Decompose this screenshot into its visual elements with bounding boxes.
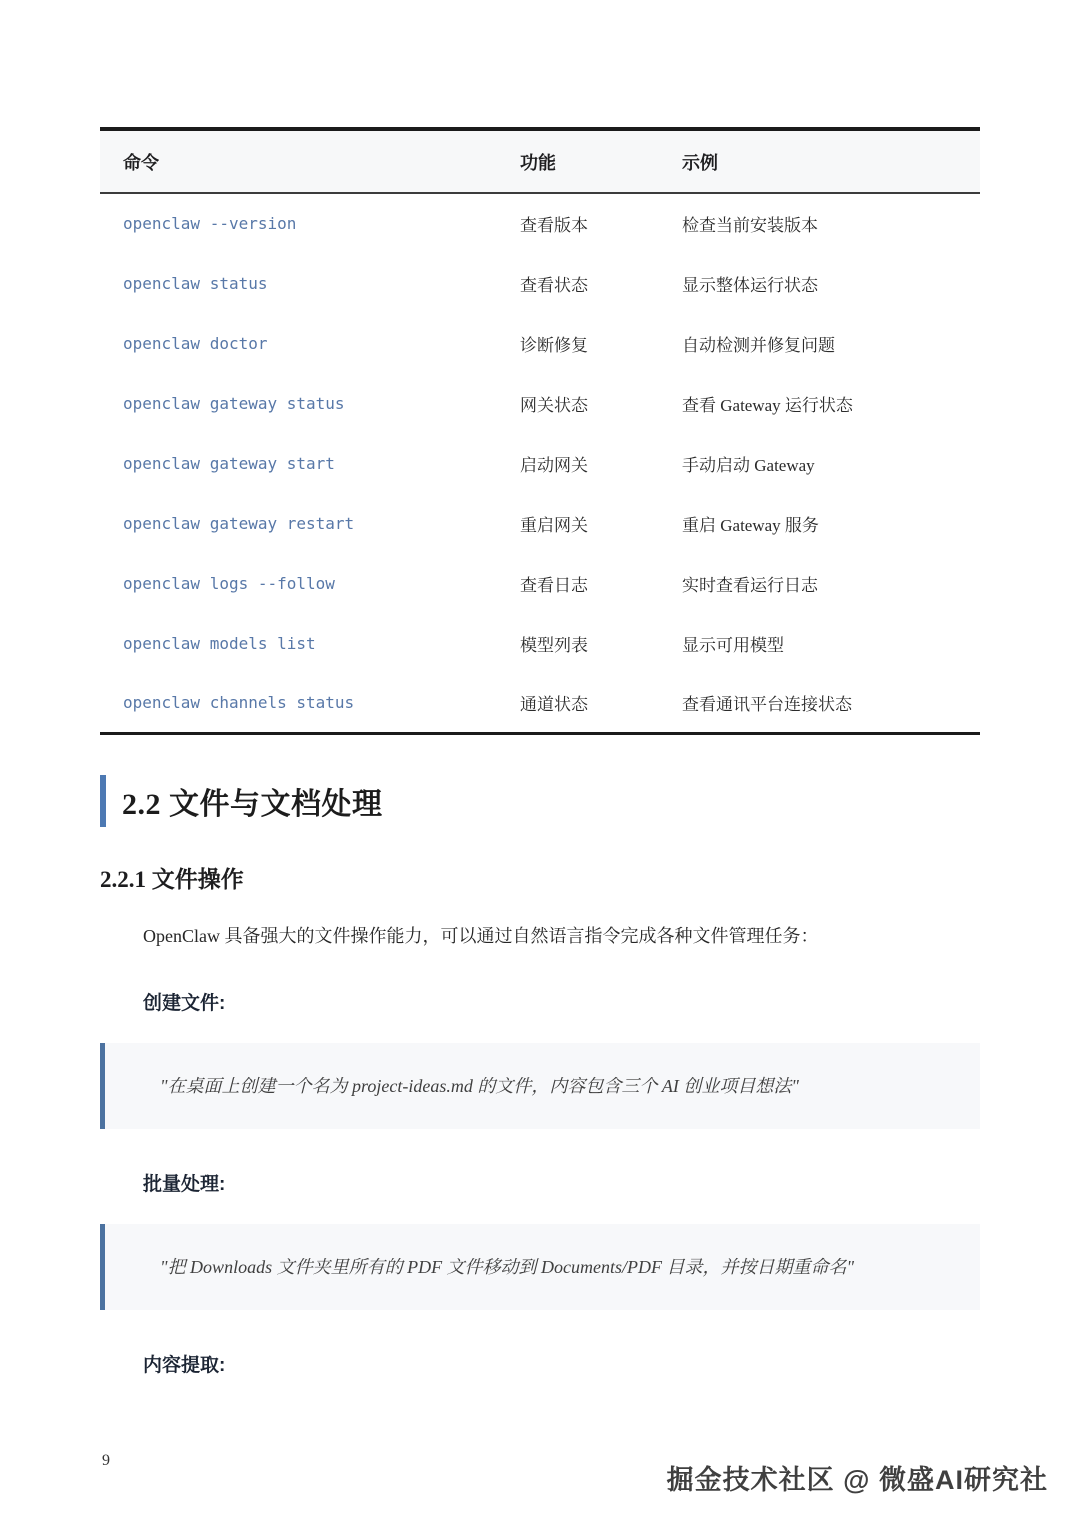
command-cell: openclaw gateway start bbox=[100, 433, 520, 493]
table-row: openclaw gateway status网关状态查看 Gateway 运行… bbox=[100, 373, 980, 433]
section-title: 2.2 文件与文档处理 bbox=[122, 779, 383, 823]
table-row: openclaw --version查看版本检查当前安装版本 bbox=[100, 193, 980, 253]
table-row: openclaw channels status通道状态查看通讯平台连接状态 bbox=[100, 673, 980, 733]
example-cell: 重启 Gateway 服务 bbox=[682, 493, 980, 553]
header-row: 命令 功能 示例 bbox=[100, 129, 980, 193]
document-page: 命令 功能 示例 openclaw --version查看版本检查当前安装版本o… bbox=[0, 0, 1080, 1528]
example-cell: 显示可用模型 bbox=[682, 613, 980, 673]
function-cell: 启动网关 bbox=[520, 433, 682, 493]
command-cell: openclaw gateway status bbox=[100, 373, 520, 433]
subsection-title: 2.2.1 文件操作 bbox=[100, 861, 980, 894]
table-row: openclaw models list模型列表显示可用模型 bbox=[100, 613, 980, 673]
heading-accent-bar bbox=[100, 775, 106, 827]
page-content: 命令 功能 示例 openclaw --version查看版本检查当前安装版本o… bbox=[100, 127, 980, 1377]
content-blocks: 创建文件:"在桌面上创建一个名为 project-ideas.md 的文件，内容… bbox=[100, 988, 980, 1377]
example-cell: 查看通讯平台连接状态 bbox=[682, 673, 980, 733]
column-header-function: 功能 bbox=[520, 129, 682, 193]
example-cell: 自动检测并修复问题 bbox=[682, 313, 980, 373]
section-heading: 2.2 文件与文档处理 bbox=[100, 775, 980, 827]
function-cell: 重启网关 bbox=[520, 493, 682, 553]
column-header-example: 示例 bbox=[682, 129, 980, 193]
function-cell: 诊断修复 bbox=[520, 313, 682, 373]
command-table-header: 命令 功能 示例 bbox=[100, 129, 980, 193]
table-row: openclaw doctor诊断修复自动检测并修复问题 bbox=[100, 313, 980, 373]
quote-block: "把 Downloads 文件夹里所有的 PDF 文件移动到 Documents… bbox=[100, 1224, 980, 1310]
function-cell: 查看日志 bbox=[520, 553, 682, 613]
quote-text: "在桌面上创建一个名为 project-ideas.md 的文件，内容包含三个 … bbox=[160, 1076, 799, 1096]
command-cell: openclaw logs --follow bbox=[100, 553, 520, 613]
command-cell: openclaw doctor bbox=[100, 313, 520, 373]
block-label: 内容提取: bbox=[143, 1350, 980, 1377]
function-cell: 模型列表 bbox=[520, 613, 682, 673]
command-cell: openclaw gateway restart bbox=[100, 493, 520, 553]
function-cell: 通道状态 bbox=[520, 673, 682, 733]
block-label: 批量处理: bbox=[143, 1169, 980, 1196]
page-number: 9 bbox=[102, 1452, 110, 1470]
command-cell: openclaw --version bbox=[100, 193, 520, 253]
intro-paragraph: OpenClaw 具备强大的文件操作能力，可以通过自然语言指令完成各种文件管理任… bbox=[143, 922, 980, 948]
table-row: openclaw gateway restart重启网关重启 Gateway 服… bbox=[100, 493, 980, 553]
command-table: 命令 功能 示例 openclaw --version查看版本检查当前安装版本o… bbox=[100, 127, 980, 735]
table-row: openclaw gateway start启动网关手动启动 Gateway bbox=[100, 433, 980, 493]
quote-block: "在桌面上创建一个名为 project-ideas.md 的文件，内容包含三个 … bbox=[100, 1043, 980, 1129]
table-row: openclaw logs --follow查看日志实时查看运行日志 bbox=[100, 553, 980, 613]
command-cell: openclaw models list bbox=[100, 613, 520, 673]
example-cell: 显示整体运行状态 bbox=[682, 253, 980, 313]
watermark-text: 掘金技术社区 @ 微盛AI研究社 bbox=[667, 1458, 1048, 1497]
example-cell: 查看 Gateway 运行状态 bbox=[682, 373, 980, 433]
example-cell: 实时查看运行日志 bbox=[682, 553, 980, 613]
command-table-body: openclaw --version查看版本检查当前安装版本openclaw s… bbox=[100, 193, 980, 733]
function-cell: 网关状态 bbox=[520, 373, 682, 433]
block-label: 创建文件: bbox=[143, 988, 980, 1015]
column-header-command: 命令 bbox=[100, 129, 520, 193]
table-row: openclaw status查看状态显示整体运行状态 bbox=[100, 253, 980, 313]
function-cell: 查看状态 bbox=[520, 253, 682, 313]
command-cell: openclaw channels status bbox=[100, 673, 520, 733]
example-cell: 手动启动 Gateway bbox=[682, 433, 980, 493]
function-cell: 查看版本 bbox=[520, 193, 682, 253]
command-cell: openclaw status bbox=[100, 253, 520, 313]
example-cell: 检查当前安装版本 bbox=[682, 193, 980, 253]
quote-text: "把 Downloads 文件夹里所有的 PDF 文件移动到 Documents… bbox=[160, 1257, 854, 1277]
